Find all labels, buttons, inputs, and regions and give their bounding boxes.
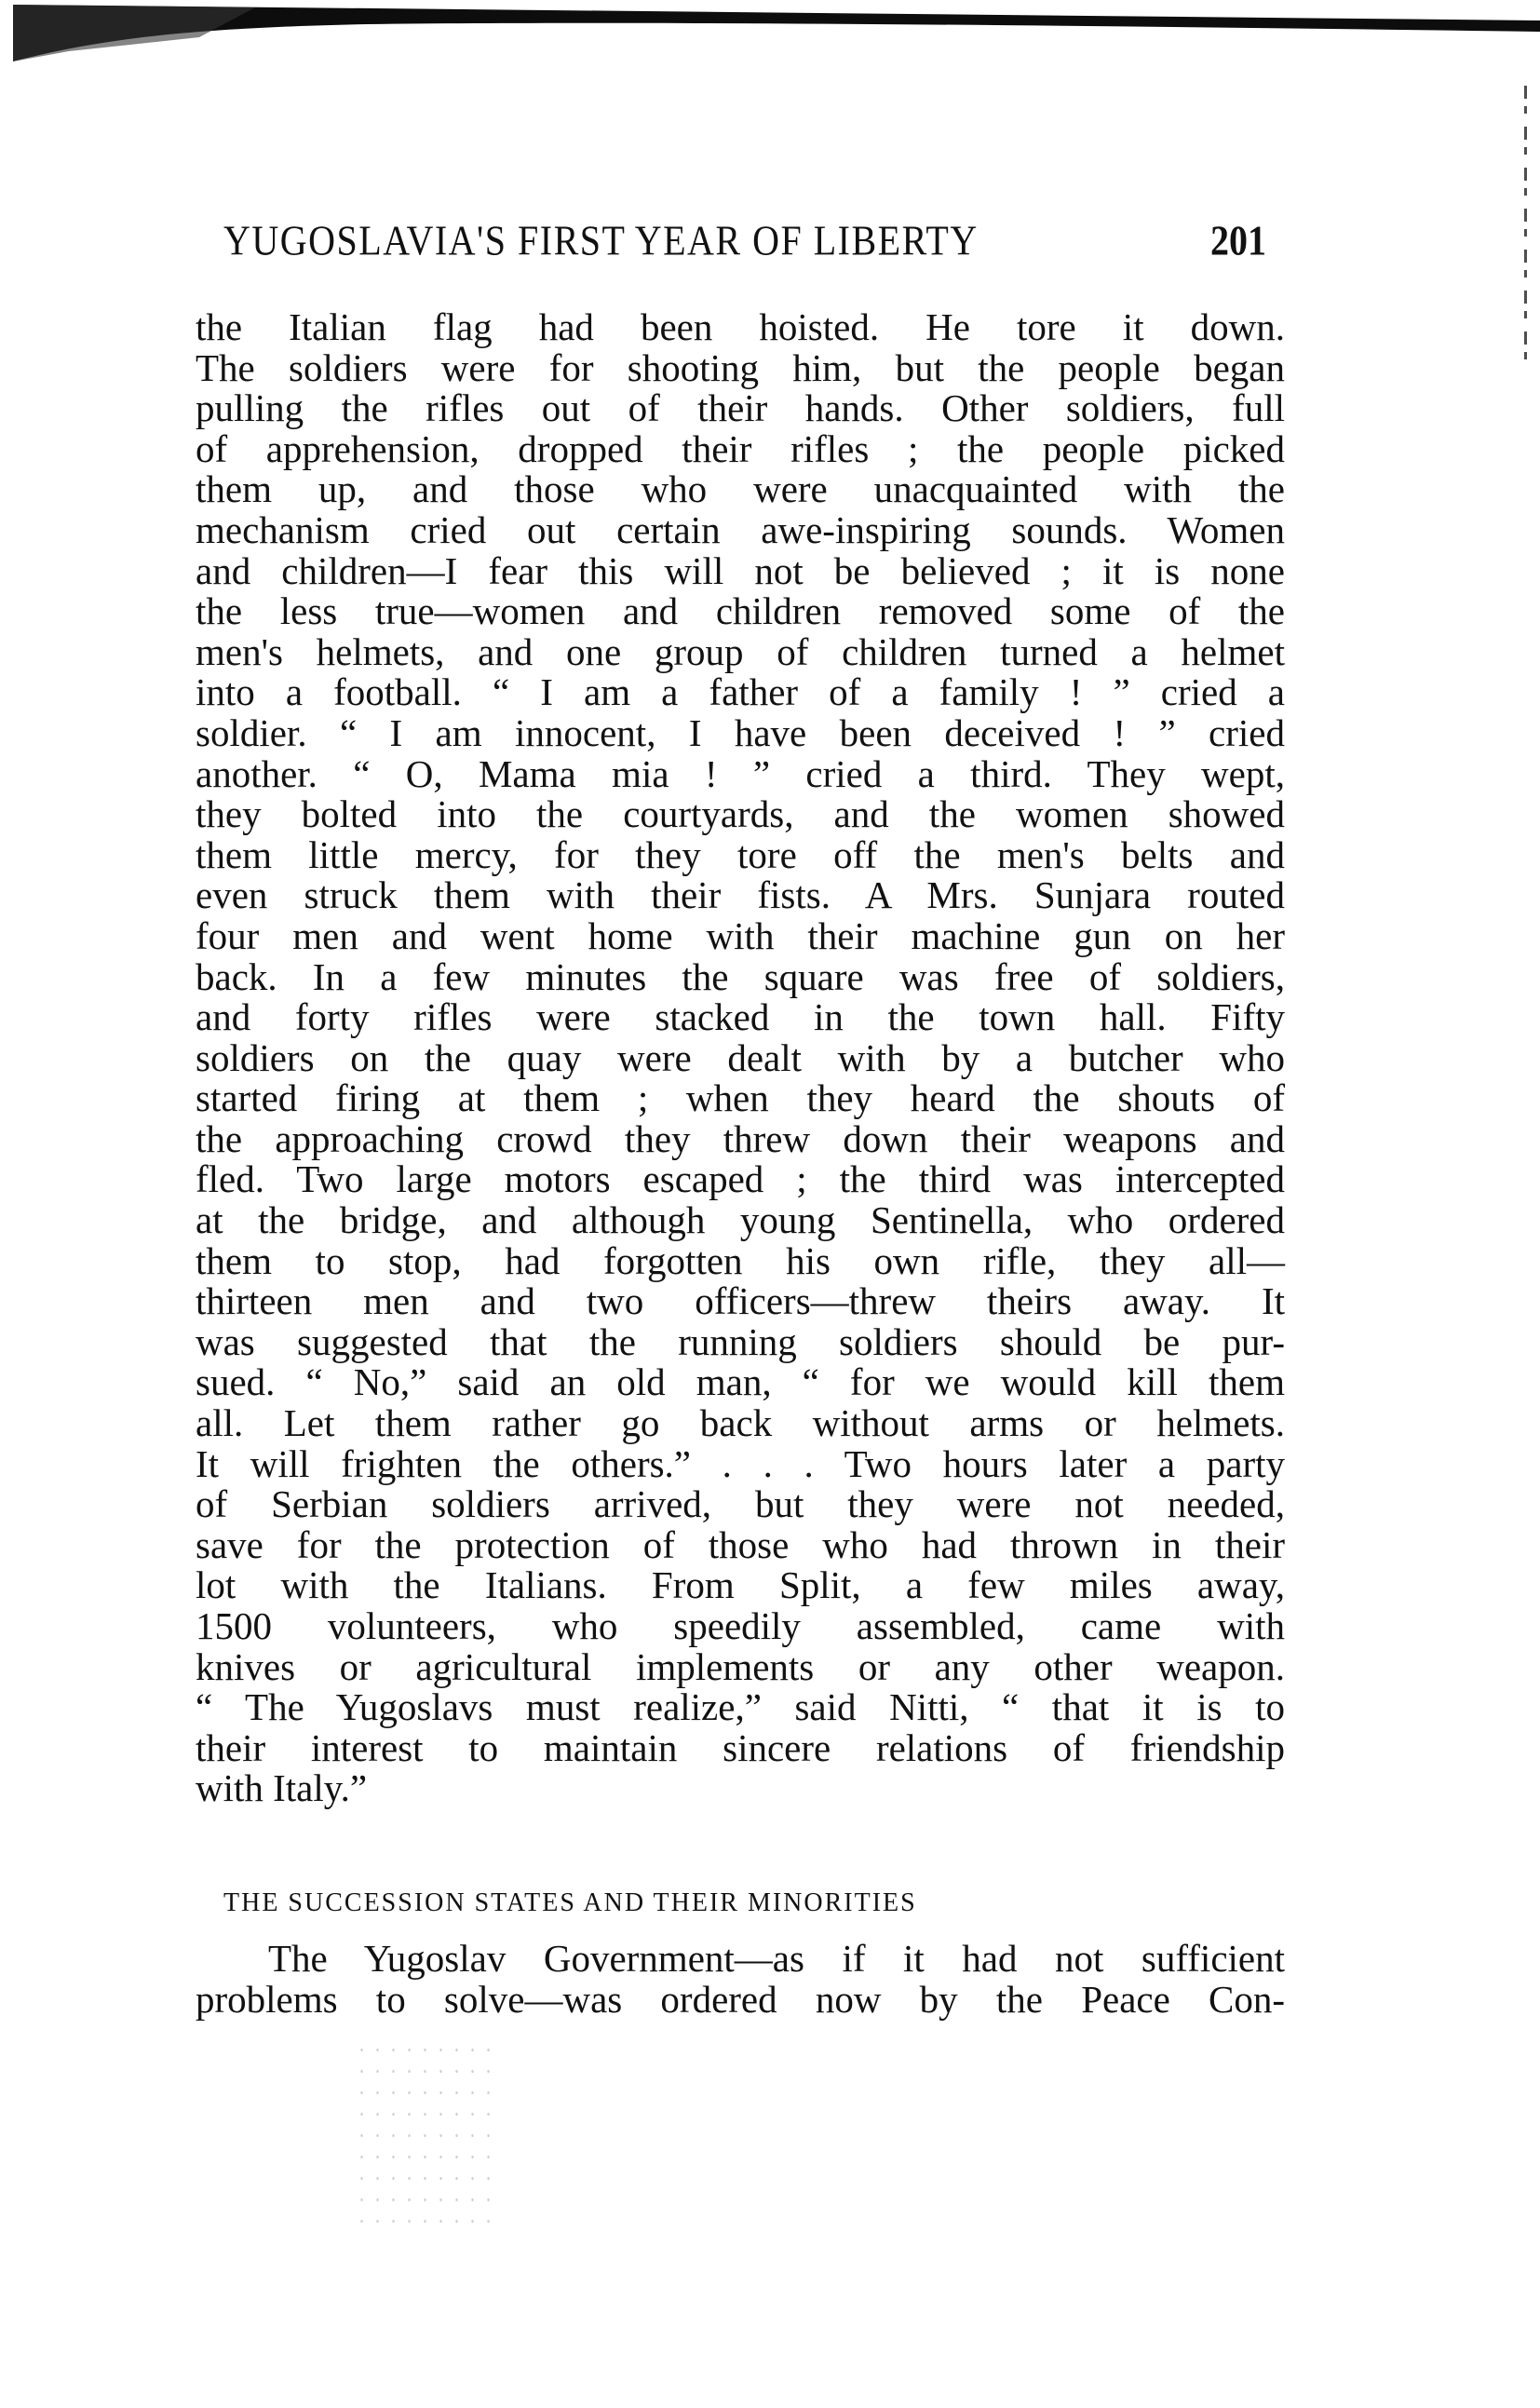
text-line: fled. Two large motors escaped ; the thi… [196, 1159, 1285, 1200]
text-line: sued. “ No,” said an old man, “ for we w… [196, 1362, 1285, 1403]
text-line: them little mercy, for they tore off the… [196, 835, 1285, 876]
text-line: and children—I fear this will not be bel… [196, 551, 1285, 592]
text-line: mechanism cried out certain awe-inspirin… [196, 510, 1285, 551]
running-title: YUGOSLAVIA'S FIRST YEAR OF LIBERTY [223, 215, 979, 265]
text-line: “ The Yugoslavs must realize,” said Nitt… [196, 1687, 1285, 1728]
text-line: of Serbian soldiers arrived, but they we… [196, 1484, 1285, 1525]
text-line: The soldiers were for shooting him, but … [196, 348, 1285, 389]
running-head: YUGOSLAVIA'S FIRST YEAR OF LIBERTY 201 [223, 222, 1266, 268]
text-line: another. “ O, Mama mia ! ” cried a third… [196, 754, 1285, 795]
text-line: at the bridge, and although young Sentin… [196, 1200, 1285, 1241]
text-line: them to stop, had forgotten his own rifl… [196, 1241, 1285, 1282]
text-line: of apprehension, dropped their rifles ; … [196, 429, 1285, 470]
section-paragraph: The Yugoslav Government—as if it had not… [196, 1939, 1285, 2020]
text-line: The Yugoslav Government—as if it had not… [196, 1939, 1285, 1980]
text-line: problems to solve—was ordered now by the… [196, 1980, 1285, 2021]
text-line: they bolted into the courtyards, and the… [196, 794, 1285, 835]
text-line: with Italy.” [196, 1768, 1285, 1809]
text-line: thirteen men and two officers—threw thei… [196, 1281, 1285, 1322]
text-line: soldier. “ I am innocent, I have been de… [196, 713, 1285, 754]
text-line: all. Let them rather go back without arm… [196, 1403, 1285, 1444]
scan-edge-shadow [13, 0, 1540, 65]
text-line: the approaching crowd they threw down th… [196, 1119, 1285, 1160]
text-line: the less true—women and children removed… [196, 591, 1285, 632]
text-line: and forty rifles were stacked in the tow… [196, 997, 1285, 1038]
text-line: back. In a few minutes the square was fr… [196, 957, 1285, 998]
text-line: pulling the rifles out of their hands. O… [196, 388, 1285, 429]
text-line: lot with the Italians. From Split, a few… [196, 1565, 1285, 1606]
text-line: even struck them with their fists. A Mrs… [196, 875, 1285, 916]
page-number: 201 [1210, 215, 1266, 265]
scan-speckle [354, 2039, 493, 2225]
text-line: soldiers on the quay were dealt with by … [196, 1038, 1285, 1079]
text-line: It will frighten the others.” . . . Two … [196, 1444, 1285, 1485]
body-paragraph: the Italian flag had been hoisted. He to… [196, 307, 1285, 1809]
section-heading: THE SUCCESSION STATES AND THEIR MINORITI… [223, 1888, 1248, 1918]
text-line: started firing at them ; when they heard… [196, 1078, 1285, 1119]
text-line: 1500 volunteers, who speedily assembled,… [196, 1606, 1285, 1647]
text-line: into a football. “ I am a father of a fa… [196, 672, 1285, 713]
text-line: knives or agricultural implements or any… [196, 1647, 1285, 1688]
right-margin-scan-artifact [1524, 86, 1527, 365]
text-line: was suggested that the running soldiers … [196, 1322, 1285, 1363]
text-line: four men and went home with their machin… [196, 916, 1285, 957]
text-line: the Italian flag had been hoisted. He to… [196, 307, 1285, 348]
text-line: men's helmets, and one group of children… [196, 632, 1285, 673]
text-line: save for the protection of those who had… [196, 1525, 1285, 1566]
text-line: their interest to maintain sincere relat… [196, 1728, 1285, 1769]
text-line: them up, and those who were unacquainted… [196, 469, 1285, 510]
